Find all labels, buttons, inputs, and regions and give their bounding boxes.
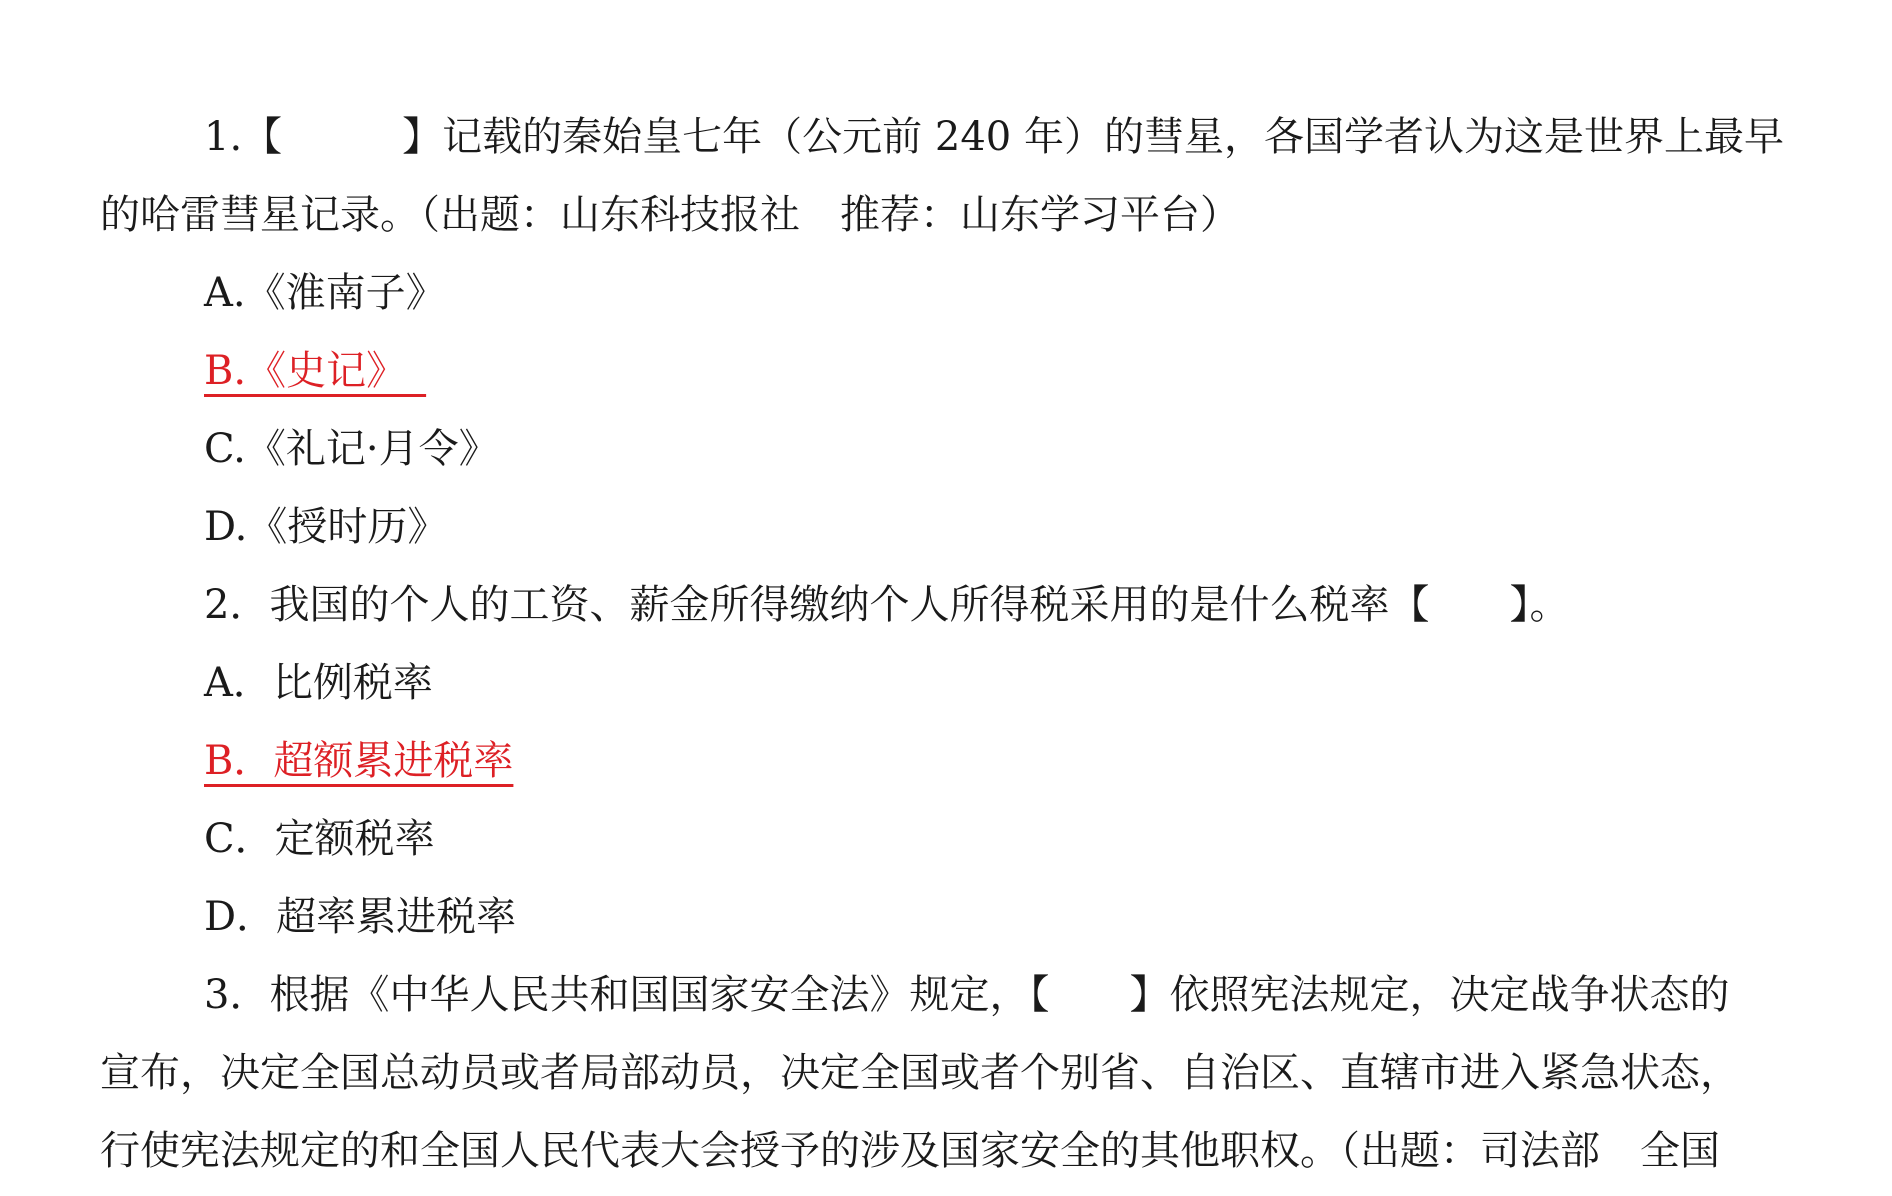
question-1: 1.【 】记载的秦始皇七年（公元前 240 年）的彗星，各国学者认为这是世界上最… — [100, 98, 1792, 566]
question-2-option-d: D．超率累进税率 — [100, 878, 1792, 956]
question-2-option-b-correct-answer: B．超额累进税率 — [100, 722, 1792, 800]
question-1-option-a: A.《淮南子》 — [100, 254, 1792, 332]
question-1-stem: 1.【 】记载的秦始皇七年（公元前 240 年）的彗星，各国学者认为这是世界上最… — [100, 98, 1792, 254]
question-2-option-a: A．比例税率 — [100, 644, 1792, 722]
question-2-stem: 2．我国的个人的工资、薪金所得缴纳个人所得税采用的是什么税率【 】。 — [100, 566, 1792, 644]
question-2-option-c: C．定额税率 — [100, 800, 1792, 878]
question-1-option-b-correct-answer: B.《史记》 — [100, 332, 1792, 410]
question-2: 2．我国的个人的工资、薪金所得缴纳个人所得税采用的是什么税率【 】。 A．比例税… — [100, 566, 1792, 956]
question-1-option-d: D.《授时历》 — [100, 488, 1792, 566]
question-3-stem: 3．根据《中华人民共和国国家安全法》规定，【 】依照宪法规定，决定战争状态的 宣… — [100, 956, 1792, 1190]
document-page: 1.【 】记载的秦始皇七年（公元前 240 年）的彗星，各国学者认为这是世界上最… — [0, 0, 1892, 1196]
question-3: 3．根据《中华人民共和国国家安全法》规定，【 】依照宪法规定，决定战争状态的 宣… — [100, 956, 1792, 1190]
question-1-option-c: C.《礼记·月令》 — [100, 410, 1792, 488]
